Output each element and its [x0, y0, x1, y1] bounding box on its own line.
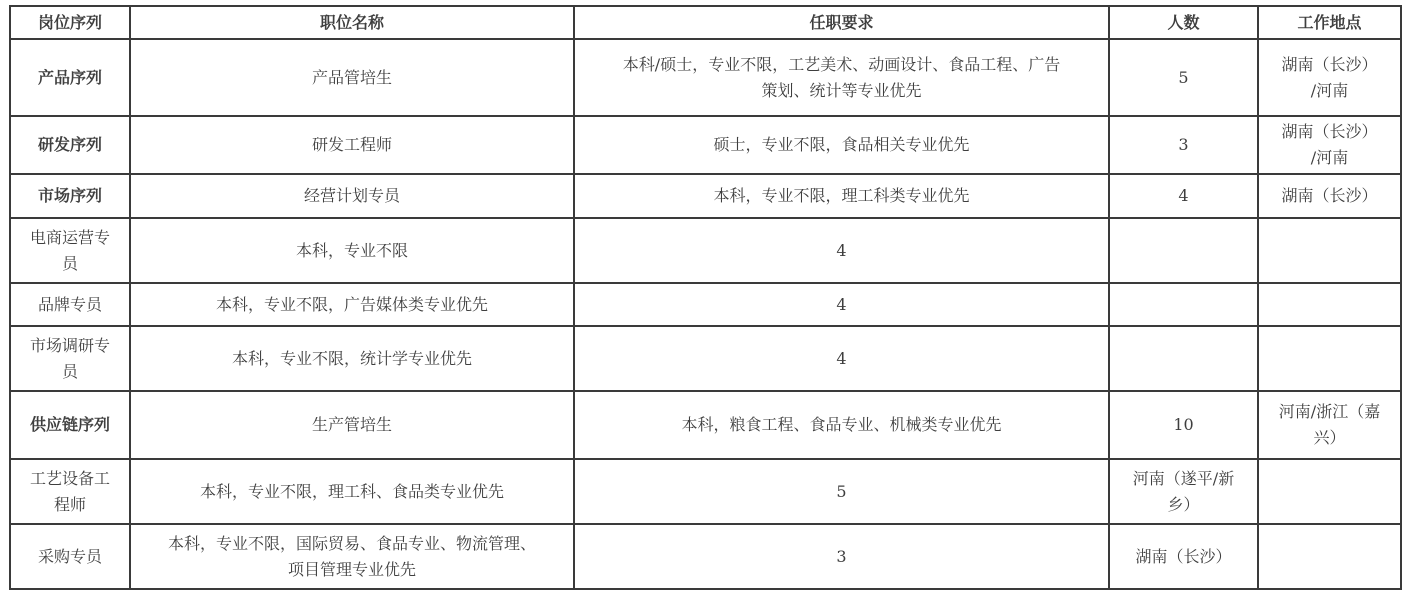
cell-location	[1258, 283, 1401, 326]
cell-headcount: 10	[1109, 391, 1258, 459]
cell-position-series: 工艺设备工 程师	[10, 459, 130, 524]
cell-position-name: 本科，专业不限	[130, 218, 574, 283]
cell-requirements: 本科，专业不限，理工科类专业优先	[574, 174, 1109, 218]
cell-location: 湖南（长沙）	[1258, 174, 1401, 218]
cell-position-series: 采购专员	[10, 524, 130, 589]
table-row: 供应链序列 生产管培生 本科，粮食工程、食品专业、机械类专业优先 10 河南/浙…	[10, 391, 1401, 459]
cell-location: 湖南（长沙） /河南	[1258, 116, 1401, 174]
cell-position-series: 供应链序列	[10, 391, 130, 459]
cell-location	[1258, 459, 1401, 524]
cell-position-name: 产品管培生	[130, 39, 574, 116]
cell-position-series: 品牌专员	[10, 283, 130, 326]
header-location: 工作地点	[1258, 6, 1401, 39]
cell-position-series: 电商运营专 员	[10, 218, 130, 283]
cell-headcount: 河南（遂平/新 乡）	[1109, 459, 1258, 524]
cell-requirements: 4	[574, 326, 1109, 391]
cell-requirements: 本科，粮食工程、食品专业、机械类专业优先	[574, 391, 1109, 459]
cell-headcount: 5	[1109, 39, 1258, 116]
cell-position-series: 研发序列	[10, 116, 130, 174]
header-requirements: 任职要求	[574, 6, 1109, 39]
header-position-series: 岗位序列	[10, 6, 130, 39]
cell-location: 河南/浙江（嘉 兴）	[1258, 391, 1401, 459]
table-row: 工艺设备工 程师 本科，专业不限，理工科、食品类专业优先 5 河南（遂平/新 乡…	[10, 459, 1401, 524]
table-container: 岗位序列 职位名称 任职要求 人数 工作地点 产品序列 产品管培生 本科/硕士，…	[0, 0, 1410, 590]
table-row: 研发序列 研发工程师 硕士，专业不限，食品相关专业优先 3 湖南（长沙） /河南	[10, 116, 1401, 174]
cell-position-name: 研发工程师	[130, 116, 574, 174]
header-headcount: 人数	[1109, 6, 1258, 39]
cell-location	[1258, 524, 1401, 589]
cell-position-name: 本科，专业不限，理工科、食品类专业优先	[130, 459, 574, 524]
cell-location: 湖南（长沙） /河南	[1258, 39, 1401, 116]
cell-position-name: 本科，专业不限，国际贸易、食品专业、物流管理、 项目管理专业优先	[130, 524, 574, 589]
cell-position-name: 本科，专业不限，广告媒体类专业优先	[130, 283, 574, 326]
cell-position-series: 市场调研专 员	[10, 326, 130, 391]
cell-location	[1258, 218, 1401, 283]
cell-position-name: 本科，专业不限，统计学专业优先	[130, 326, 574, 391]
cell-headcount: 4	[1109, 174, 1258, 218]
cell-location	[1258, 326, 1401, 391]
cell-requirements: 5	[574, 459, 1109, 524]
table-row: 市场调研专 员 本科，专业不限，统计学专业优先 4	[10, 326, 1401, 391]
job-positions-table: 岗位序列 职位名称 任职要求 人数 工作地点 产品序列 产品管培生 本科/硕士，…	[9, 5, 1402, 590]
cell-position-name: 生产管培生	[130, 391, 574, 459]
cell-headcount: 3	[1109, 116, 1258, 174]
cell-headcount	[1109, 218, 1258, 283]
cell-requirements: 本科/硕士，专业不限，工艺美术、动画设计、食品工程、广告 策划、统计等专业优先	[574, 39, 1109, 116]
cell-requirements: 4	[574, 218, 1109, 283]
table-row: 产品序列 产品管培生 本科/硕士，专业不限，工艺美术、动画设计、食品工程、广告 …	[10, 39, 1401, 116]
cell-headcount	[1109, 326, 1258, 391]
cell-headcount: 湖南（长沙）	[1109, 524, 1258, 589]
table-row: 品牌专员 本科，专业不限，广告媒体类专业优先 4	[10, 283, 1401, 326]
cell-requirements: 4	[574, 283, 1109, 326]
cell-position-series: 市场序列	[10, 174, 130, 218]
cell-headcount	[1109, 283, 1258, 326]
cell-requirements: 硕士，专业不限，食品相关专业优先	[574, 116, 1109, 174]
cell-position-name: 经营计划专员	[130, 174, 574, 218]
page: 岗位序列 职位名称 任职要求 人数 工作地点 产品序列 产品管培生 本科/硕士，…	[0, 0, 1410, 595]
table-row: 市场序列 经营计划专员 本科，专业不限，理工科类专业优先 4 湖南（长沙）	[10, 174, 1401, 218]
table-header-row: 岗位序列 职位名称 任职要求 人数 工作地点	[10, 6, 1401, 39]
cell-position-series: 产品序列	[10, 39, 130, 116]
table-row: 采购专员 本科，专业不限，国际贸易、食品专业、物流管理、 项目管理专业优先 3 …	[10, 524, 1401, 589]
header-position-name: 职位名称	[130, 6, 574, 39]
table-row: 电商运营专 员 本科，专业不限 4	[10, 218, 1401, 283]
cell-requirements: 3	[574, 524, 1109, 589]
